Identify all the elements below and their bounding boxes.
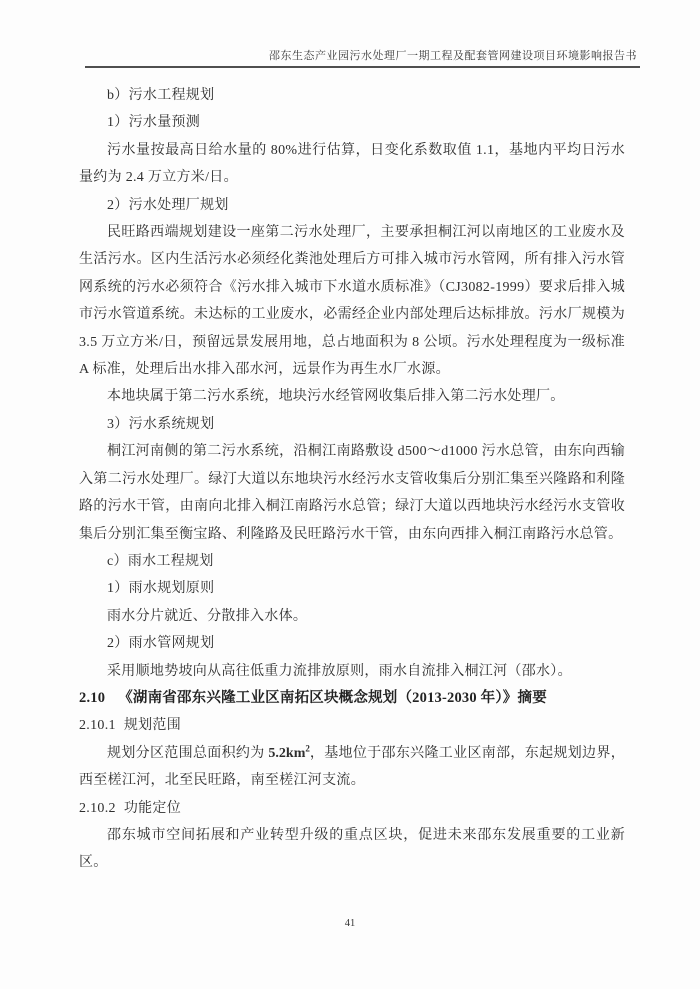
para-planning-scope: 规划分区范围总面积约为 5.2km2，基地位于邵东兴隆工业区南部，东起规划边界，… [79,740,625,795]
para-rainwater-principle: 雨水分片就近、分散排入水体。 [79,603,625,630]
para-second-sewage-plant: 民旺路西端规划建设一座第二污水处理厂，主要承担桐江河以南地区的工业废水及生活污水… [79,219,625,383]
document-body: b）污水工程规划1）污水量预测污水量按最高日给水量的 80%进行估算，日变化系数… [79,82,625,877]
para-functional-positioning: 邵东城市空间拓展和产业转型升级的重点区块，促进未来邵东发展重要的工业新区。 [79,822,625,877]
heading-c-rainwater-engineering: c）雨水工程规划 [79,548,625,575]
text-segment: 2.10 [79,690,105,706]
heading-1-sewage-volume-forecast: 1）污水量预测 [79,109,625,136]
text-segment: 5.2km [268,746,305,761]
text-segment: 规划范围 [124,718,181,733]
page-number: 41 [0,918,700,929]
heading-2-sewage-plant-planning: 2）污水处理厂规划 [79,192,625,219]
para-rainwater-discharge: 采用顺地势坡向从高往低重力流排放原则，雨水自流排入桐江河（邵水）。 [79,658,625,685]
text-segment: 2.10.2 [79,801,116,816]
section-heading-2-10-1: 2.10.1规划范围 [79,712,625,739]
section-heading-2-10: 2.10《湖南省邵东兴隆工业区南拓区块概念规划（2013-2030 年）》摘要 [79,685,625,712]
text-segment: 《湖南省邵东兴隆工业区南拓区块概念规划（2013-2030 年）》摘要 [118,690,547,706]
text-segment: 2.10.1 [79,718,116,733]
header-title: 邵东生态产业园污水处理厂一期工程及配套管网建设项目环境影响报告书 [269,47,637,63]
para-plot-sewage-system: 本地块属于第二污水系统，地块污水经管网收集后排入第二污水处理厂。 [79,383,625,410]
heading-2-rainwater-network: 2）雨水管网规划 [79,630,625,657]
para-sewage-network: 桐江河南侧的第二污水系统，沿桐江南路敷设 d500～d1000 污水总管，由东向… [79,438,625,548]
heading-1-rainwater-principles: 1）雨水规划原则 [79,575,625,602]
header-rule [85,66,640,68]
document-page: 邵东生态产业园污水处理厂一期工程及配套管网建设项目环境影响报告书 b）污水工程规… [0,0,700,989]
para-sewage-volume: 污水量按最高日给水量的 80%进行估算，日变化系数取值 1.1，基地内平均日污水… [79,137,625,192]
heading-b-sewage-engineering: b）污水工程规划 [79,82,625,109]
heading-3-sewage-system-planning: 3）污水系统规划 [79,411,625,438]
text-segment: 功能定位 [124,801,181,816]
text-segment: 规划分区范围总面积约为 [107,746,268,761]
section-heading-2-10-2: 2.10.2功能定位 [79,795,625,822]
